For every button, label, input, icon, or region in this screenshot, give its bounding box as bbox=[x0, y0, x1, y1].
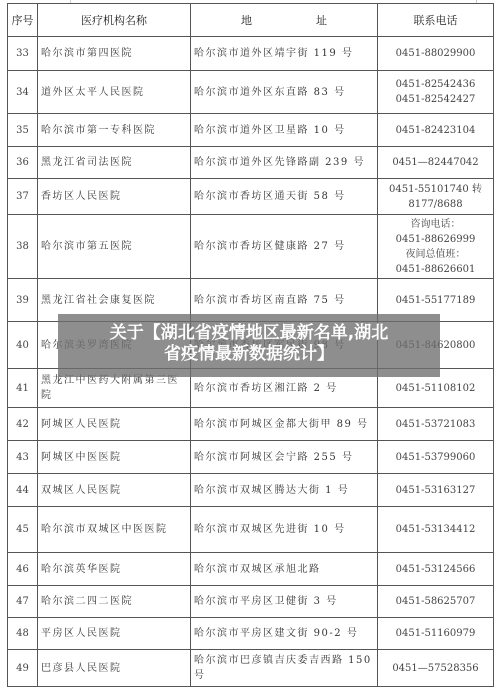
cell-serial-number: 48 bbox=[8, 618, 38, 650]
overlay-title-line-1: 关于【湖北省疫情地区最新名单,湖北 bbox=[58, 323, 440, 344]
table-row: 46哈尔滨英华医院哈尔滨市双城区承旭北路0451-53124566 bbox=[8, 553, 494, 586]
cell-institution-name: 哈尔滨市第四医院 bbox=[38, 37, 191, 71]
cell-address: 哈尔滨市巴彦镇吉庆委吉西路 150 号 bbox=[191, 650, 378, 687]
cell-institution-name: 黑龙江省司法医院 bbox=[38, 147, 191, 179]
phone-line: 0451-53134412 bbox=[381, 522, 490, 537]
table-header-row: 序号 医疗机构名称 地址 联系电话 bbox=[8, 4, 494, 37]
header-phone: 联系电话 bbox=[378, 4, 494, 37]
phone-line: 0451-88029900 bbox=[381, 46, 490, 61]
cell-phone: 0451-55101740 转8177/8688 bbox=[378, 179, 494, 215]
phone-line: 0451—57528356 bbox=[381, 661, 490, 676]
cell-serial-number: 40 bbox=[8, 322, 38, 369]
cell-phone: 0451-51160979 bbox=[378, 618, 494, 650]
cell-address: 哈尔滨市道外区先锋路副 239 号 bbox=[191, 147, 378, 179]
cell-institution-name: 阿城区中医医院 bbox=[38, 441, 191, 474]
cell-phone: 0451-53163127 bbox=[378, 474, 494, 507]
cell-phone: 0451—57528356 bbox=[378, 650, 494, 687]
cell-serial-number: 46 bbox=[8, 553, 38, 586]
cell-institution-name: 香坊区人民医院 bbox=[38, 179, 191, 215]
cell-address: 哈尔滨市香坊区健康路 27 号 bbox=[191, 215, 378, 279]
cell-serial-number: 38 bbox=[8, 215, 38, 279]
cell-phone: 咨询电话：0451-88626999夜间总值班：0451-88626601 bbox=[378, 215, 494, 279]
cell-phone: 0451-53799060 bbox=[378, 441, 494, 474]
phone-line: 0451-53721083 bbox=[381, 417, 490, 432]
cell-institution-name: 哈尔滨市第五医院 bbox=[38, 215, 191, 279]
cell-serial-number: 49 bbox=[8, 650, 38, 687]
phone-line: 0451-82423104 bbox=[381, 123, 490, 138]
cell-address: 哈尔滨市道外区靖宇街 119 号 bbox=[191, 37, 378, 71]
table-row: 44双城区人民医院哈尔滨市双城区腾达大街 1 号0451-53163127 bbox=[8, 474, 494, 507]
phone-line: 0451-53799060 bbox=[381, 450, 490, 465]
phone-line: 0451-88626999 bbox=[381, 232, 490, 247]
table-row: 42阿城区人民医院哈尔滨市阿城区金都大街甲 89 号0451-53721083 bbox=[8, 408, 494, 441]
cell-phone: 0451-53134412 bbox=[378, 507, 494, 553]
table-row: 37香坊区人民医院哈尔滨市香坊区通天街 58 号0451-55101740 转8… bbox=[8, 179, 494, 215]
cell-phone: 0451—82447042 bbox=[378, 147, 494, 179]
phone-line: 8177/8688 bbox=[381, 197, 490, 212]
cell-address: 哈尔滨市平房区建文街 90-2 号 bbox=[191, 618, 378, 650]
table-row: 33哈尔滨市第四医院哈尔滨市道外区靖宇街 119 号0451-88029900 bbox=[8, 37, 494, 71]
table-row: 43阿城区中医医院哈尔滨市阿城区会宁路 255 号0451-53799060 bbox=[8, 441, 494, 474]
cell-serial-number: 39 bbox=[8, 279, 38, 322]
cell-serial-number: 42 bbox=[8, 408, 38, 441]
phone-line: 0451-58625707 bbox=[381, 594, 490, 609]
cell-serial-number: 33 bbox=[8, 37, 38, 71]
table-row: 47哈尔滨二四二医院哈尔滨市平房区卫健街 3 号0451-58625707 bbox=[8, 586, 494, 618]
cell-address: 哈尔滨市阿城区会宁路 255 号 bbox=[191, 441, 378, 474]
phone-line: 0451-53124566 bbox=[381, 562, 490, 577]
phone-line: 咨询电话： bbox=[381, 217, 490, 232]
cell-address: 哈尔滨市平房区卫健街 3 号 bbox=[191, 586, 378, 618]
cell-serial-number: 41 bbox=[8, 369, 38, 408]
cell-serial-number: 35 bbox=[8, 114, 38, 147]
cell-address: 哈尔滨市阿城区金都大街甲 89 号 bbox=[191, 408, 378, 441]
cell-serial-number: 36 bbox=[8, 147, 38, 179]
cell-serial-number: 45 bbox=[8, 507, 38, 553]
cell-institution-name: 道外区太平人民医院 bbox=[38, 71, 191, 114]
cell-address: 哈尔滨市双城区腾达大街 1 号 bbox=[191, 474, 378, 507]
cell-phone: 0451-58625707 bbox=[378, 586, 494, 618]
table-row: 36黑龙江省司法医院哈尔滨市道外区先锋路副 239 号0451—82447042 bbox=[8, 147, 494, 179]
header-no: 序号 bbox=[8, 4, 38, 37]
cell-institution-name: 哈尔滨市第一专科医院 bbox=[38, 114, 191, 147]
phone-line: 0451-53163127 bbox=[381, 483, 490, 498]
cell-institution-name: 阿城区人民医院 bbox=[38, 408, 191, 441]
cell-phone: 0451-53124566 bbox=[378, 553, 494, 586]
cell-phone: 0451-88029900 bbox=[378, 37, 494, 71]
cell-address: 哈尔滨市香坊区通天街 58 号 bbox=[191, 179, 378, 215]
header-address: 地址 bbox=[191, 4, 378, 37]
phone-line: 0451-55101740 转 bbox=[381, 182, 490, 197]
cell-phone: 0451-53721083 bbox=[378, 408, 494, 441]
cell-address: 哈尔滨市道外区卫星路 10 号 bbox=[191, 114, 378, 147]
phone-line: 夜间总值班： bbox=[381, 247, 490, 262]
table-row: 35哈尔滨市第一专科医院哈尔滨市道外区卫星路 10 号0451-82423104 bbox=[8, 114, 494, 147]
phone-line: 0451-55177189 bbox=[381, 293, 490, 308]
header-address-left: 地 bbox=[241, 14, 252, 27]
cell-address: 哈尔滨市道外区东直路 83 号 bbox=[191, 71, 378, 114]
cell-institution-name: 哈尔滨市双城区中医医院 bbox=[38, 507, 191, 553]
cell-address: 哈尔滨市双城区承旭北路 bbox=[191, 553, 378, 586]
phone-line: 0451-82542436 bbox=[381, 77, 490, 92]
cell-address: 哈尔滨市双城区先进街 10 号 bbox=[191, 507, 378, 553]
cell-serial-number: 34 bbox=[8, 71, 38, 114]
cell-institution-name: 哈尔滨英华医院 bbox=[38, 553, 191, 586]
phone-line: 0451-51108102 bbox=[381, 381, 490, 396]
phone-line: 0451—82447042 bbox=[381, 155, 490, 170]
cell-serial-number: 44 bbox=[8, 474, 38, 507]
table-row: 45哈尔滨市双城区中医医院哈尔滨市双城区先进街 10 号0451-5313441… bbox=[8, 507, 494, 553]
phone-line: 0451-51160979 bbox=[381, 626, 490, 641]
table-row: 38哈尔滨市第五医院哈尔滨市香坊区健康路 27 号咨询电话：0451-88626… bbox=[8, 215, 494, 279]
cell-serial-number: 43 bbox=[8, 441, 38, 474]
cell-phone: 0451-825424360451-82542427 bbox=[378, 71, 494, 114]
phone-line: 0451-82542427 bbox=[381, 92, 490, 107]
table-row: 34道外区太平人民医院哈尔滨市道外区东直路 83 号0451-825424360… bbox=[8, 71, 494, 114]
cell-phone: 0451-82423104 bbox=[378, 114, 494, 147]
overlay-title-line-2: 省疫情最新数据统计】 bbox=[58, 344, 440, 365]
cell-institution-name: 巴彦县人民医院 bbox=[38, 650, 191, 687]
cell-institution-name: 双城区人民医院 bbox=[38, 474, 191, 507]
cell-institution-name: 哈尔滨二四二医院 bbox=[38, 586, 191, 618]
cell-serial-number: 47 bbox=[8, 586, 38, 618]
header-address-right: 址 bbox=[316, 14, 327, 27]
table-row: 48平房区人民医院哈尔滨市平房区建文街 90-2 号0451-51160979 bbox=[8, 618, 494, 650]
title-overlay-banner[interactable]: 关于【湖北省疫情地区最新名单,湖北 省疫情最新数据统计】 bbox=[58, 314, 440, 377]
phone-line: 0451-88626601 bbox=[381, 262, 490, 277]
table-row: 49巴彦县人民医院哈尔滨市巴彦镇吉庆委吉西路 150 号0451—5752835… bbox=[8, 650, 494, 687]
cell-institution-name: 平房区人民医院 bbox=[38, 618, 191, 650]
cell-serial-number: 37 bbox=[8, 179, 38, 215]
header-name: 医疗机构名称 bbox=[38, 4, 191, 37]
